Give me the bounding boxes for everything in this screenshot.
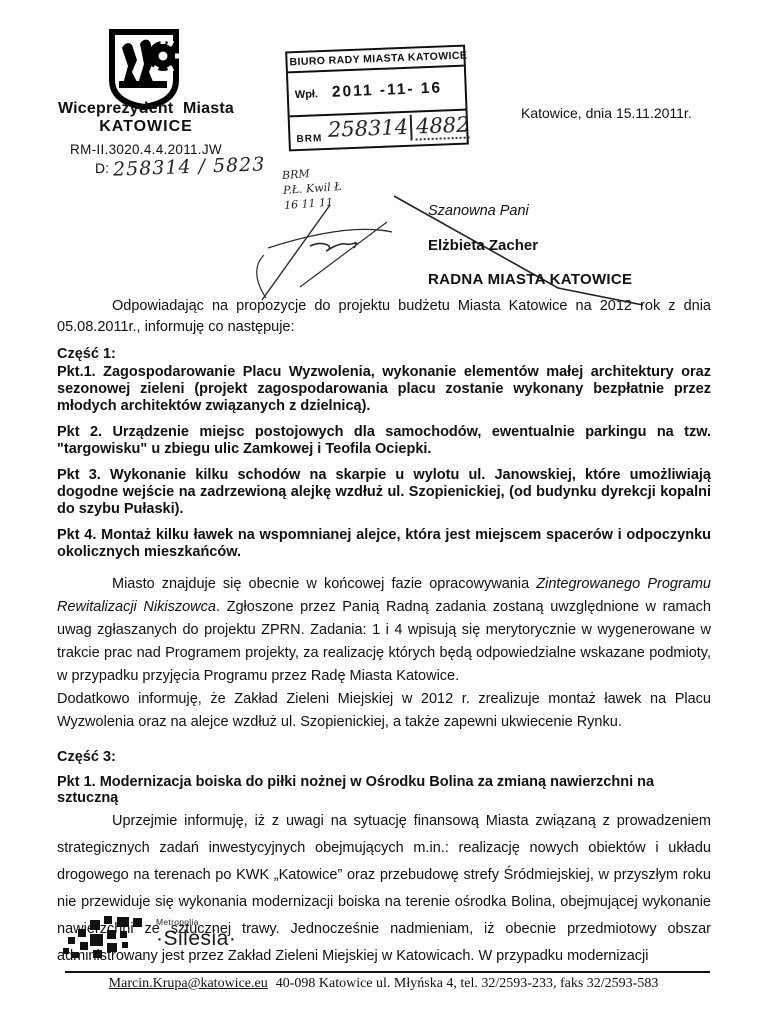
- handwritten-d-number: D: 258314 / 5823: [95, 156, 265, 178]
- recipient-name: Elżbieta Zacher: [428, 237, 632, 254]
- stamp-number-right: 4882: [410, 112, 470, 140]
- letter-body: Odpowiadając na propozycje do projektu b…: [57, 296, 711, 970]
- stamp-received-label: Wpł.: [295, 88, 319, 101]
- dateline: Katowice, dnia 15.11.2011r.: [521, 105, 692, 121]
- letter-page: Wiceprezydent Miasta KATOWICE RM-II.3020…: [0, 0, 767, 1024]
- paragraph-miasto: Miasto znajduje się obecnie w końcowej f…: [57, 573, 711, 688]
- silesia-logo-large-text: ·Silesia·: [156, 927, 236, 951]
- paragraph-miasto-pre: Miasto znajduje się obecnie w końcowej f…: [112, 576, 536, 592]
- d-number-handwriting: 258314 / 5823: [113, 153, 266, 180]
- d-label: D:: [95, 160, 109, 176]
- sender-city: KATOWICE: [32, 118, 260, 136]
- silesia-logo: Metropolia ·Silesia·: [60, 914, 236, 960]
- sender-title: Wiceprezydent Miasta: [32, 100, 260, 118]
- part1-heading: Część 1:: [57, 346, 711, 362]
- footer-divider: [65, 971, 710, 973]
- footer-address: 40-098 Katowice ul. Młyńska 4, tel. 32/2…: [276, 976, 659, 991]
- recipient-block: Szanowna Pani Elżbieta Zacher RADNA MIAS…: [428, 203, 632, 288]
- part3-point-1-heading: Pkt 1. Modernizacja boiska do piłki nożn…: [57, 774, 711, 806]
- stamp-brm-label: BRM: [296, 133, 322, 145]
- recipient-salutation: Szanowna Pani: [428, 203, 632, 219]
- silesia-logo-icon: [60, 914, 152, 960]
- stamp-number-left: 258314: [328, 115, 409, 142]
- handwritten-annotations: BRM P.Ł. Kwil Ł 16 11 11: [282, 164, 344, 213]
- recipient-title: RADNA MIASTA KATOWICE: [428, 271, 632, 288]
- intro-paragraph: Odpowiadając na propozycje do projektu b…: [57, 296, 711, 338]
- footer-contact: Marcin.Krupa@katowice.eu40-098 Katowice …: [0, 976, 767, 992]
- point-1: Pkt.1. Zagospodarowanie Placu Wyzwolenia…: [57, 364, 711, 415]
- stamp-received-date: 2011 -11- 16: [332, 80, 443, 102]
- point-3: Pkt 3. Wykonanie kilku schodów na skarpi…: [57, 467, 711, 518]
- silesia-logo-small-text: Metropolia: [156, 917, 236, 927]
- footer-email-link[interactable]: Marcin.Krupa@katowice.eu: [109, 976, 268, 991]
- paragraph-dodatkowo: Dodatkowo informuję, że Zakład Zieleni M…: [57, 688, 711, 734]
- sender-block: Wiceprezydent Miasta KATOWICE RM-II.3020…: [32, 100, 260, 157]
- part3-heading: Część 3:: [57, 749, 711, 765]
- point-2: Pkt 2. Urządzenie miejsc postojowych dla…: [57, 424, 711, 458]
- registry-stamp: BIURO RADY MIASTA KATOWICE Wpł. 2011 -11…: [285, 45, 469, 152]
- annotation-line3: 16 11 11: [284, 194, 343, 213]
- katowice-coat-of-arms-icon: [107, 28, 181, 110]
- point-4: Pkt 4. Montaż kilku ławek na wspomnianej…: [57, 527, 711, 561]
